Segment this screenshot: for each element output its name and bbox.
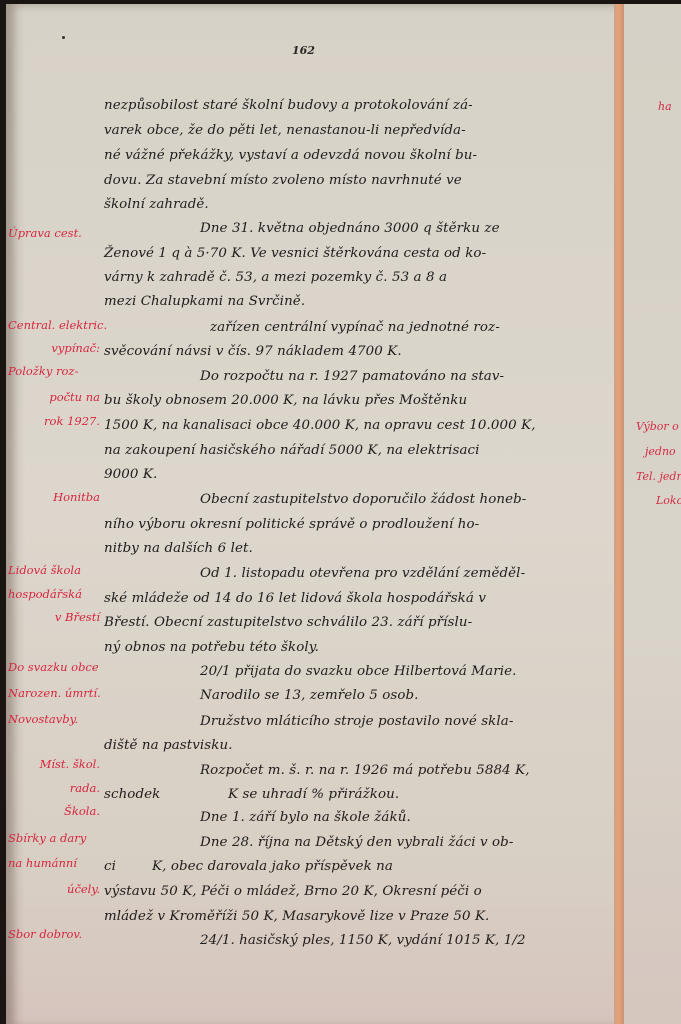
text-line: Dne 28. října na Dětský den vybrali žáci… bbox=[200, 835, 513, 850]
text-line: Obecní zastupitelstvo doporučilo žádost … bbox=[200, 492, 526, 507]
margin-note: rada. bbox=[8, 781, 100, 795]
text-line: Do rozpočtu na r. 1927 pamatováno na sta… bbox=[200, 369, 504, 384]
margin-note: Do svazku obce bbox=[8, 660, 100, 674]
margin-note: Honitba bbox=[8, 490, 100, 504]
ink-spot bbox=[62, 36, 65, 39]
text-line: ný obnos na potřebu této školy. bbox=[104, 640, 319, 655]
text-line: 1500 K, na kanalisaci obce 40.000 K, na … bbox=[104, 418, 536, 433]
text-line: ního výboru okresní politické správě o p… bbox=[104, 517, 479, 532]
text-line: K, obec darovala jako příspěvek na bbox=[152, 859, 393, 874]
facing-page-note: ha bbox=[658, 100, 672, 113]
text-line: Narodilo se 13, zemřelo 5 osob. bbox=[200, 688, 419, 703]
margin-note: hospodářská bbox=[8, 587, 100, 601]
text-line: Od 1. listopadu otevřena pro vzdělání ze… bbox=[200, 566, 525, 581]
facing-page bbox=[624, 4, 681, 1024]
text-line: 20/1 přijata do svazku obce Hilbertová M… bbox=[200, 664, 516, 679]
text-line: mezi Chalupkami na Svrčině. bbox=[104, 294, 305, 309]
facing-page-note: Tel. jedn bbox=[636, 470, 681, 483]
text-line: nitby na dalších 6 let. bbox=[104, 541, 253, 556]
text-line: 24/1. hasičský ples, 1150 K, vydání 1015… bbox=[200, 933, 526, 948]
margin-note: účely. bbox=[8, 882, 100, 896]
text-line: mládež v Kroměříži 50 K, Masarykově lize… bbox=[104, 909, 489, 924]
text-line: ské mládeže od 14 do 16 let lidová škola… bbox=[104, 591, 486, 606]
margin-note: počtu na bbox=[8, 390, 100, 404]
margin-note: Novostavby. bbox=[8, 712, 100, 726]
text-line: 9000 K. bbox=[104, 467, 157, 482]
text-line: Rozpočet m. š. r. na r. 1926 má potřebu … bbox=[200, 763, 530, 778]
margin-note: Úprava cest. bbox=[8, 226, 100, 240]
text-line: dovu. Za stavební místo zvoleno místo na… bbox=[104, 173, 462, 188]
margin-note: na humánní bbox=[8, 856, 100, 870]
text-line: zařízen centrální vypínač na jednotné ro… bbox=[210, 320, 500, 335]
margin-note: v Břestí bbox=[8, 610, 100, 624]
margin-note: Sbor dobrov. bbox=[8, 927, 100, 941]
margin-note: Škola. bbox=[8, 804, 100, 818]
book-gutter bbox=[614, 4, 624, 1024]
text-line: Dne 31. května objednáno 3000 q štěrku z… bbox=[200, 221, 500, 236]
text-line: Dne 1. září bylo na škole žáků. bbox=[200, 810, 411, 825]
text-line: nezpůsobilost staré školní budovy a prot… bbox=[104, 98, 473, 113]
text-line: várny k zahradě č. 53, a mezi pozemky č.… bbox=[104, 270, 447, 285]
text-line: na zakoupení hasičského nářadí 5000 K, n… bbox=[104, 443, 480, 458]
margin-note: Central. elektric. bbox=[8, 318, 100, 332]
margin-note: Míst. škol. bbox=[8, 757, 100, 771]
text-line: Břestí. Obecní zastupitelstvo schválilo … bbox=[104, 615, 472, 630]
margin-note: vypínač: bbox=[8, 341, 100, 355]
text-line: varek obce, že do pěti let, nenastanou-l… bbox=[104, 123, 466, 138]
margin-note: rok 1927. bbox=[8, 414, 100, 428]
facing-page-note: jedno bbox=[645, 445, 676, 458]
page-number: 162 bbox=[292, 44, 315, 57]
text-line: Družstvo mláticího stroje postavilo nové… bbox=[200, 714, 513, 729]
text-line: diště na pastvisku. bbox=[104, 738, 233, 753]
text-line: školní zahradě. bbox=[104, 197, 209, 212]
text-line: schodek bbox=[104, 787, 160, 802]
text-line: bu školy obnosem 20.000 K, na lávku přes… bbox=[104, 393, 467, 408]
margin-note: Lidová škola bbox=[8, 563, 100, 577]
margin-note: Narozen. úmrtí. bbox=[8, 686, 100, 700]
facing-page-note: Loko bbox=[656, 494, 681, 507]
text-line: né vážné překážky, vystaví a odevzdá nov… bbox=[104, 148, 477, 163]
text-line: výstavu 50 K, Péči o mládež, Brno 20 K, … bbox=[104, 884, 482, 899]
margin-note: Položky roz- bbox=[8, 364, 100, 378]
text-line: svěcování návsi v čís. 97 nákladem 4700 … bbox=[104, 344, 402, 359]
text-line: K se uhradí % přirážkou. bbox=[228, 787, 399, 802]
text-line: ci bbox=[104, 859, 116, 874]
facing-page-note: Výbor o bbox=[636, 420, 679, 433]
text-line: Ženové 1 q à 5·70 K. Ve vesnici štěrková… bbox=[104, 246, 486, 261]
margin-note: Sbírky a dary bbox=[8, 831, 100, 845]
